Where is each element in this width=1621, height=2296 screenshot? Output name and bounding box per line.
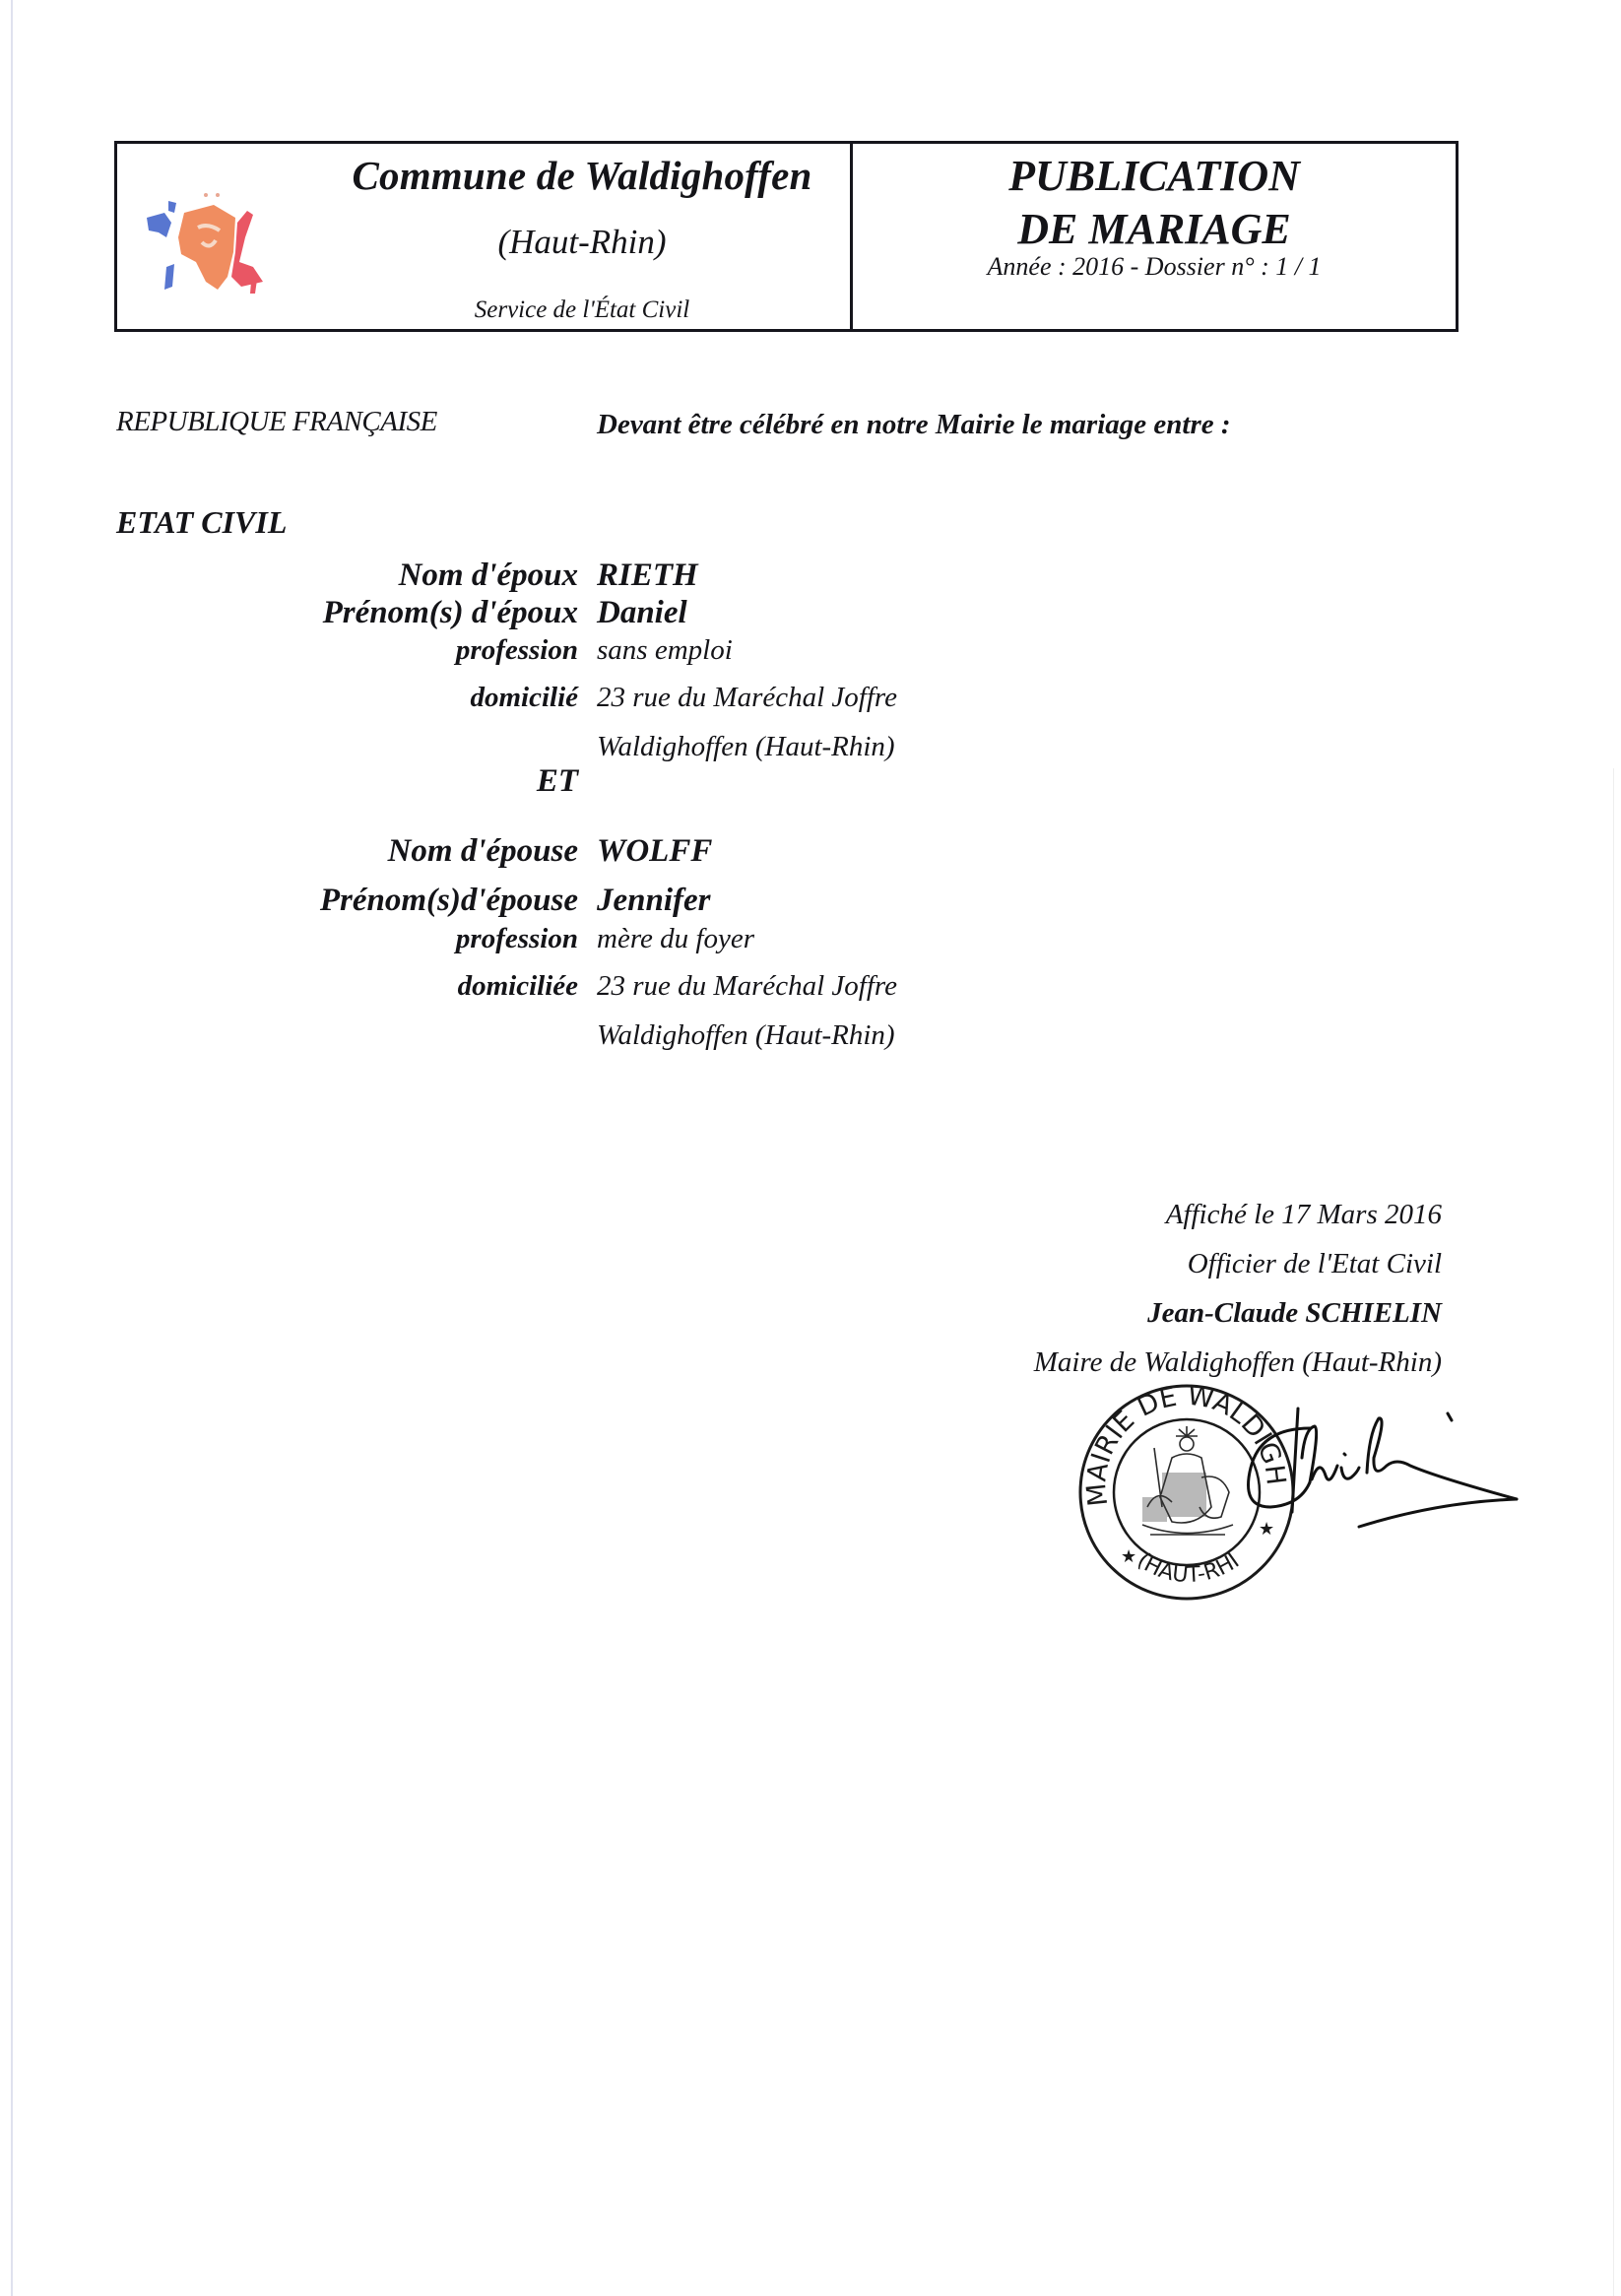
- officer-title: Officier de l'Etat Civil: [1034, 1239, 1442, 1288]
- epoux-adresse-2: Waldighoffen (Haut-Rhin): [597, 731, 895, 763]
- commune-service: Service de l'État Civil: [324, 296, 840, 324]
- epoux-prenom-value: Daniel: [597, 595, 687, 631]
- header-box: Commune de Waldighoffen (Haut-Rhin) Serv…: [114, 141, 1459, 332]
- epoux-profession-value: sans emploi: [597, 634, 733, 667]
- epouse-domicile-row: domiciliée 23 rue du Maréchal Joffre: [0, 970, 985, 1010]
- epouse-profession-row: profession mère du foyer: [0, 923, 985, 962]
- signature-block: Affiché le 17 Mars 2016 Officier de l'Et…: [1034, 1190, 1442, 1387]
- marianne-logo-icon: [137, 183, 285, 301]
- scan-edge-left: [11, 0, 13, 2296]
- epouse-adresse-row-2: Waldighoffen (Haut-Rhin): [0, 1019, 985, 1059]
- epouse-nom-row: Nom d'épouse WOLFF: [0, 833, 985, 873]
- commune-cell: Commune de Waldighoffen (Haut-Rhin) Serv…: [117, 144, 853, 329]
- republique-label: REPUBLIQUE FRANÇAISE: [116, 406, 437, 438]
- scan-edge-right: [1613, 768, 1614, 2296]
- epouse-nom-value: WOLFF: [597, 833, 712, 870]
- affiche-date: Affiché le 17 Mars 2016: [1034, 1190, 1442, 1239]
- epoux-nom-row: Nom d'époux RIETH: [0, 558, 985, 597]
- epouse-adresse-1: 23 rue du Maréchal Joffre: [597, 970, 897, 1003]
- publication-cell: PUBLICATION DE MARIAGE Année : 2016 - Do…: [853, 144, 1456, 329]
- epouse-prenom-row: Prénom(s)d'épouse Jennifer: [0, 883, 985, 922]
- epouse-prenom-label: Prénom(s)d'épouse: [320, 883, 578, 919]
- handwritten-signature-icon: [1241, 1389, 1536, 1576]
- epoux-prenom-row: Prénom(s) d'époux Daniel: [0, 595, 985, 634]
- epoux-profession-label: profession: [456, 634, 578, 667]
- epoux-adresse-1: 23 rue du Maréchal Joffre: [597, 682, 897, 714]
- epouse-domicile-label: domiciliée: [458, 970, 578, 1003]
- officer-name: Jean-Claude SCHIELIN: [1034, 1288, 1442, 1338]
- svg-text:★: ★: [1121, 1546, 1136, 1567]
- epoux-prenom-label: Prénom(s) d'époux: [323, 595, 578, 631]
- epoux-adresse-row-2: Waldighoffen (Haut-Rhin): [0, 731, 985, 770]
- epoux-profession-row: profession sans emploi: [0, 634, 985, 674]
- epoux-domicile-label: domicilié: [470, 682, 578, 714]
- epoux-nom-value: RIETH: [597, 558, 698, 594]
- epoux-nom-label: Nom d'époux: [399, 558, 578, 594]
- intro-text: Devant être célébré en notre Mairie le m…: [597, 409, 1231, 441]
- page-title: PUBLICATION DE MARIAGE: [853, 150, 1456, 256]
- title-line-1: PUBLICATION: [853, 150, 1456, 203]
- section-heading: ETAT CIVIL: [116, 504, 287, 541]
- epouse-adresse-2: Waldighoffen (Haut-Rhin): [597, 1019, 895, 1052]
- epouse-profession-label: profession: [456, 923, 578, 955]
- epoux-domicile-row: domicilié 23 rue du Maréchal Joffre: [0, 682, 985, 721]
- conjunction-et: ET: [537, 763, 578, 800]
- epouse-nom-label: Nom d'épouse: [388, 833, 578, 870]
- commune-department: (Haut-Rhin): [324, 223, 840, 262]
- epouse-profession-value: mère du foyer: [597, 923, 754, 955]
- commune-name: Commune de Waldighoffen: [324, 152, 840, 199]
- dossier-subtitle: Année : 2016 - Dossier n° : 1 / 1: [853, 252, 1456, 282]
- title-line-2: DE MARIAGE: [853, 203, 1456, 256]
- epouse-prenom-value: Jennifer: [597, 883, 711, 919]
